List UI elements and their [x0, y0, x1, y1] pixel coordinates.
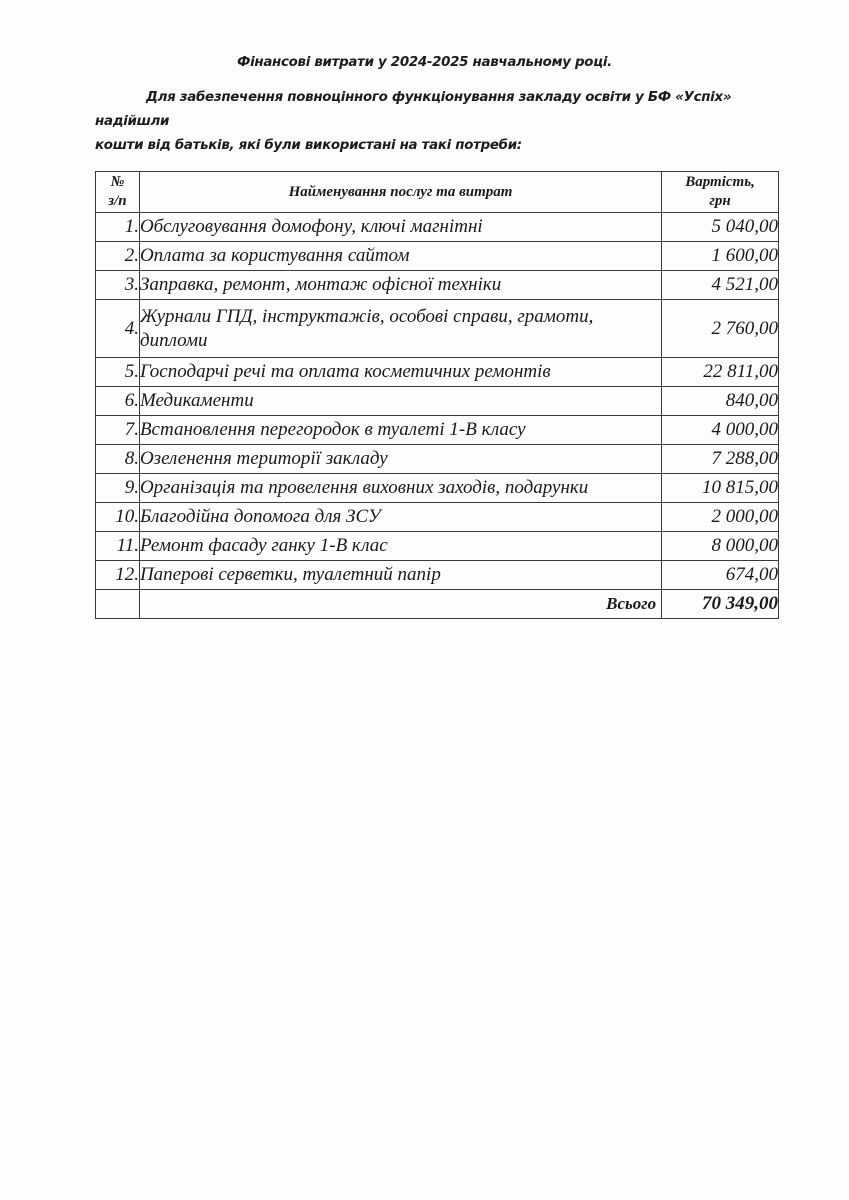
row-number: 2.	[96, 242, 140, 271]
row-number: 12.	[96, 561, 140, 590]
row-name: Встановлення перегородок в туалеті 1-В к…	[139, 416, 661, 445]
total-row-empty-cell	[96, 590, 140, 619]
intro-paragraph-line1: Для забезпечення повноцінного функціонув…	[95, 90, 731, 129]
document-title: Фінансові витрати у 2024-2025 навчальном…	[0, 55, 849, 70]
total-value: 70 349,00	[662, 590, 779, 619]
row-name: Паперові серветки, туалетний папір	[139, 561, 661, 590]
header-number-abbr: з/п	[108, 193, 126, 209]
row-cost: 4 000,00	[662, 416, 779, 445]
row-cost: 22 811,00	[662, 358, 779, 387]
row-number: 5.	[96, 358, 140, 387]
header-cost: Вартість, грн	[662, 172, 779, 213]
row-number: 3.	[96, 271, 140, 300]
row-cost: 10 815,00	[662, 474, 779, 503]
row-number: 10.	[96, 503, 140, 532]
row-cost: 4 521,00	[662, 271, 779, 300]
row-name: Ремонт фасаду ганку 1-В клас	[139, 532, 661, 561]
table-row: 1.Обслуговування домофону, ключі магнітн…	[96, 213, 779, 242]
total-label: Всього	[139, 590, 661, 619]
row-name: Обслуговування домофону, ключі магнітні	[139, 213, 661, 242]
table-row: 9.Організація та провелення виховних зах…	[96, 474, 779, 503]
row-cost: 2 760,00	[662, 300, 779, 358]
row-cost: 8 000,00	[662, 532, 779, 561]
intro-paragraph-line2: кошти від батьків, які були використані …	[95, 138, 522, 153]
row-name: Заправка, ремонт, монтаж офісної техніки	[139, 271, 661, 300]
table-row: 2.Оплата за користування сайтом1 600,00	[96, 242, 779, 271]
row-number: 6.	[96, 387, 140, 416]
row-name: Оплата за користування сайтом	[139, 242, 661, 271]
table-row: 6.Медикаменти840,00	[96, 387, 779, 416]
total-row: Всього 70 349,00	[96, 590, 779, 619]
table-row: 11.Ремонт фасаду ганку 1-В клас8 000,00	[96, 532, 779, 561]
header-number: № з/п	[96, 172, 140, 213]
row-number: 4.	[96, 300, 140, 358]
row-cost: 2 000,00	[662, 503, 779, 532]
row-cost: 1 600,00	[662, 242, 779, 271]
intro-paragraph: Для забезпечення повноцінного функціонув…	[95, 86, 785, 158]
table-body: 1.Обслуговування домофону, ключі магнітн…	[96, 213, 779, 590]
header-name: Найменування послуг та витрат	[139, 172, 661, 213]
row-number: 11.	[96, 532, 140, 561]
header-number-symbol: №	[111, 174, 125, 190]
table-row: 5.Господарчі речі та оплата косметичних …	[96, 358, 779, 387]
row-cost: 840,00	[662, 387, 779, 416]
row-name: Організація та провелення виховних заход…	[139, 474, 661, 503]
header-cost-label: Вартість,	[685, 174, 755, 190]
row-name: Благодійна допомога для ЗСУ	[139, 503, 661, 532]
row-name: Господарчі речі та оплата косметичних ре…	[139, 358, 661, 387]
row-cost: 5 040,00	[662, 213, 779, 242]
row-number: 9.	[96, 474, 140, 503]
header-cost-currency: грн	[709, 193, 730, 209]
row-number: 7.	[96, 416, 140, 445]
table-row: 12.Паперові серветки, туалетний папір674…	[96, 561, 779, 590]
table-row: 8.Озеленення території закладу7 288,00	[96, 445, 779, 474]
table-row: 3.Заправка, ремонт, монтаж офісної техні…	[96, 271, 779, 300]
table-row: 10.Благодійна допомога для ЗСУ2 000,00	[96, 503, 779, 532]
table-row: 7.Встановлення перегородок в туалеті 1-В…	[96, 416, 779, 445]
row-cost: 674,00	[662, 561, 779, 590]
row-name: Медикаменти	[139, 387, 661, 416]
row-number: 8.	[96, 445, 140, 474]
row-name: Озеленення території закладу	[139, 445, 661, 474]
row-name: Журнали ГПД, інструктажів, особові справ…	[139, 300, 661, 358]
row-cost: 7 288,00	[662, 445, 779, 474]
table-header-row: № з/п Найменування послуг та витрат Варт…	[96, 172, 779, 213]
expenses-table: № з/п Найменування послуг та витрат Варт…	[95, 171, 779, 619]
row-number: 1.	[96, 213, 140, 242]
table-row: 4.Журнали ГПД, інструктажів, особові спр…	[96, 300, 779, 358]
